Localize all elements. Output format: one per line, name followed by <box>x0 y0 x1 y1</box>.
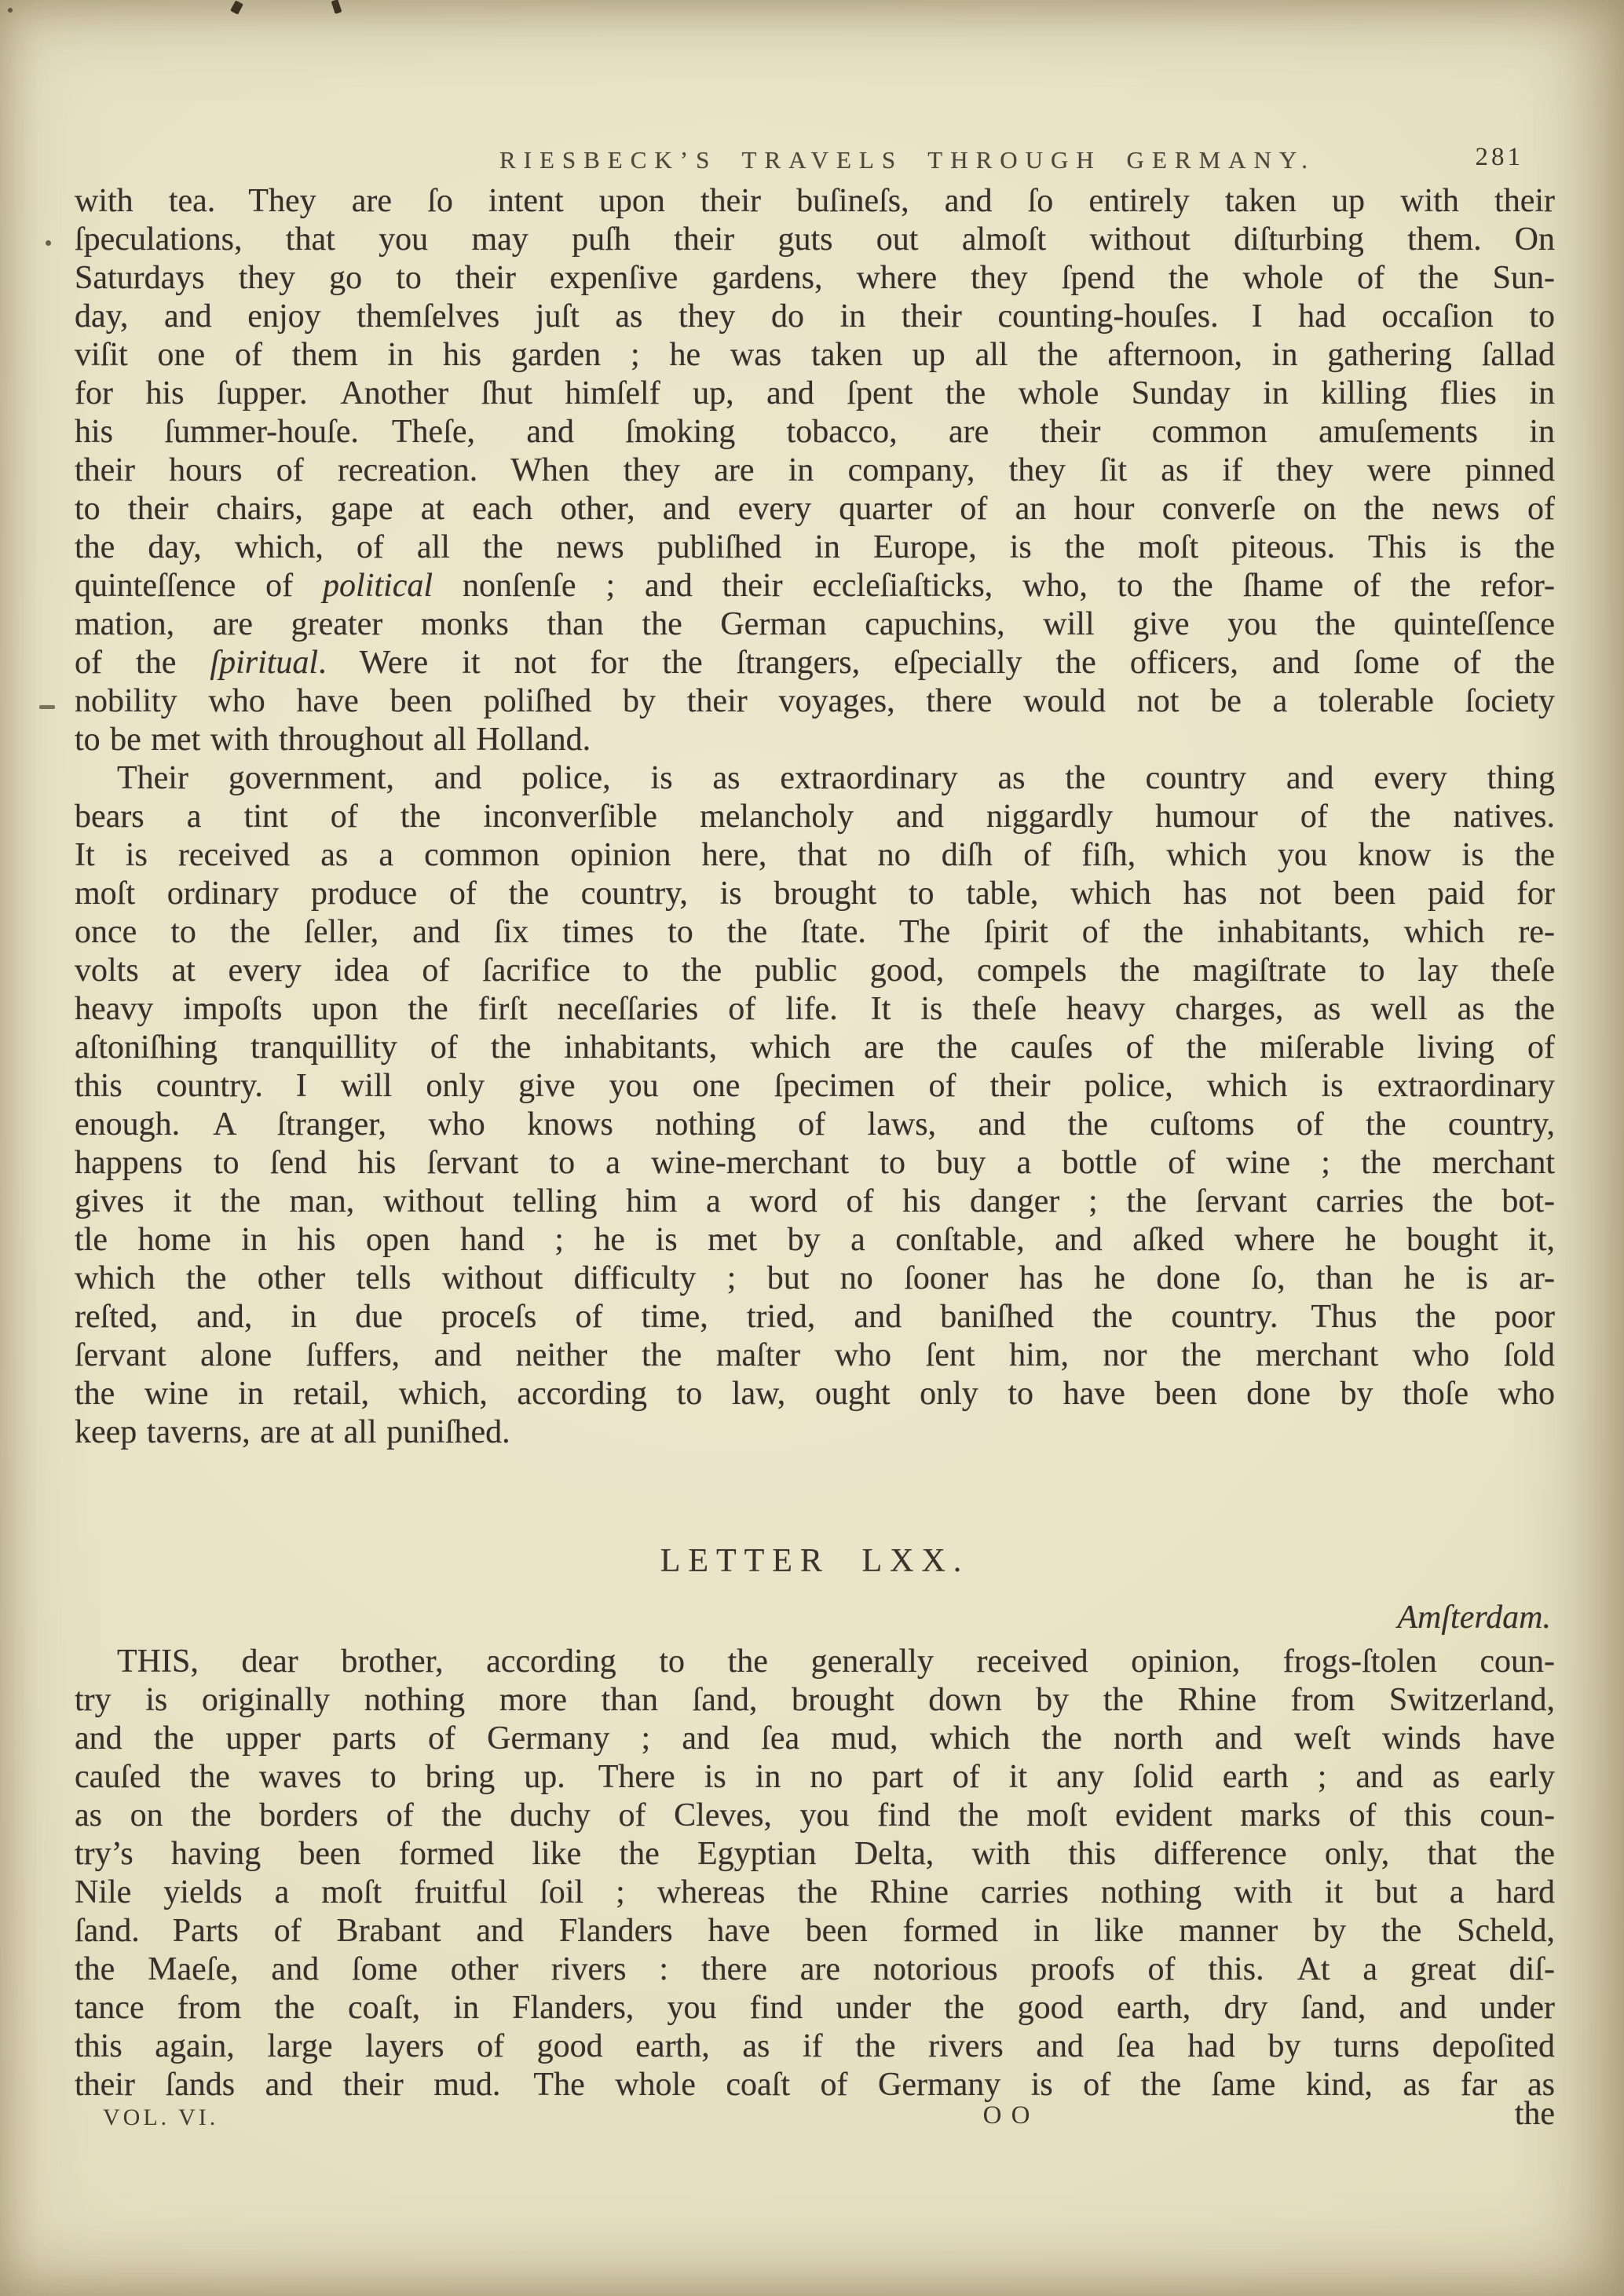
body-text: with tea. They are ſo intent upon their … <box>75 182 1555 1452</box>
text-line: heavy impoſts upon the firſt neceſſaries… <box>75 990 1555 1029</box>
text-line: bears a tint of the inconverſible melanc… <box>75 798 1555 836</box>
text-line: which the other tells without difficulty… <box>75 1260 1555 1298</box>
text-line: enough. A ſtranger, who knows nothing of… <box>75 1106 1555 1144</box>
text-line: to their chairs, gape at each other, and… <box>75 490 1555 528</box>
volume-label: VOL. VI. <box>103 2104 218 2131</box>
text-line: this country. I will only give you one ſ… <box>75 1067 1555 1106</box>
page-number: 281 <box>1476 143 1524 172</box>
scan-speck <box>230 0 243 14</box>
letter-body: THIS, dear brother, according to the gen… <box>75 1643 1555 2104</box>
text-line: his ſummer-houſe. Theſe, and ſmoking tob… <box>75 413 1555 452</box>
text-line: with tea. They are ſo intent upon their … <box>75 182 1555 221</box>
text-line: moſt ordinary produce of the country, is… <box>75 875 1555 913</box>
text-line: It is received as a common opinion here,… <box>75 836 1555 875</box>
text-line: tle home in his open hand ; he is met by… <box>75 1221 1555 1260</box>
text-line: volts at every idea of ſacrifice to the … <box>75 952 1555 990</box>
running-header: RIESBECK’S TRAVELS THROUGH GERMANY. 281 <box>75 146 1555 181</box>
text-line: ſpeculations, that you may puſh their gu… <box>75 221 1555 259</box>
letter-place: Amſterdam. <box>75 1599 1551 1636</box>
text-line: try is originally nothing more than ſand… <box>75 1681 1555 1720</box>
text-line: Saturdays they go to their expenſive gar… <box>75 259 1555 298</box>
text-line: and the upper parts of Germany ; and ſea… <box>75 1720 1555 1758</box>
text-line: the wine in retail, which, according to … <box>75 1375 1555 1413</box>
page-footer: VOL. VI. O O the <box>75 2095 1555 2142</box>
text-line: as on the borders of the duchy of Cleves… <box>75 1797 1555 1835</box>
scan-speck <box>39 705 55 709</box>
text-line: aſtoniſhing tranquillity of the inhabita… <box>75 1029 1555 1067</box>
text-line: try’s having been formed like the Egypti… <box>75 1835 1555 1874</box>
text-line: mation, are greater monks than the Germa… <box>75 605 1555 644</box>
text-line: cauſed the waves to bring up. There is i… <box>75 1758 1555 1797</box>
text-line: tance from the coaſt, in Flanders, you f… <box>75 1989 1555 2027</box>
text-line: to be met with throughout all Holland. <box>75 721 1555 759</box>
text-line: happens to ſend his ſervant to a wine-me… <box>75 1144 1555 1183</box>
header-title: RIESBECK’S TRAVELS THROUGH GERMANY. <box>167 146 1624 174</box>
text-line: this again, large layers of good earth, … <box>75 2027 1555 2066</box>
text-line: ſervant alone ſuffers, and neither the m… <box>75 1336 1555 1375</box>
text-line: the Maeſe, and ſome other rivers : there… <box>75 1951 1555 1989</box>
text-line: keep taverns, are at all puniſhed. <box>75 1413 1555 1452</box>
text-line: Their government, and police, is as extr… <box>75 759 1555 798</box>
text-line: day, and enjoy themſelves juſt as they d… <box>75 298 1555 336</box>
text-line: ſand. Parts of Brabant and Flanders have… <box>75 1912 1555 1951</box>
text-line: nobility who have been poliſhed by their… <box>75 682 1555 721</box>
text-line: once to the ſeller, and ſix times to the… <box>75 913 1555 952</box>
scan-speck <box>46 240 51 246</box>
text-line: viſit one of them in his garden ; he was… <box>75 336 1555 375</box>
text-line: quinteſſence of political nonſenſe ; and… <box>75 567 1555 605</box>
scan-speck <box>8 8 13 13</box>
book-page: RIESBECK’S TRAVELS THROUGH GERMANY. 281 … <box>0 0 1624 2296</box>
text-line: of the ſpiritual. Were it not for the ſt… <box>75 644 1555 682</box>
text-line: THIS, dear brother, according to the gen… <box>75 1643 1555 1681</box>
text-line: the day, which, of all the news publiſhe… <box>75 528 1555 567</box>
scan-speck <box>331 0 342 14</box>
text-line: their hours of recreation. When they are… <box>75 452 1555 490</box>
catchword: the <box>1515 2095 1555 2133</box>
text-line: reſted, and, in due proceſs of time, tri… <box>75 1298 1555 1336</box>
text-line: for his ſupper. Another ſhut himſelf up,… <box>75 375 1555 413</box>
text-line: gives it the man, without telling him a … <box>75 1183 1555 1221</box>
letter-heading: LETTER LXX. <box>75 1542 1555 1580</box>
signature-mark: O O <box>983 2101 1032 2130</box>
text-line: Nile yields a moſt fruitful ſoil ; where… <box>75 1874 1555 1912</box>
